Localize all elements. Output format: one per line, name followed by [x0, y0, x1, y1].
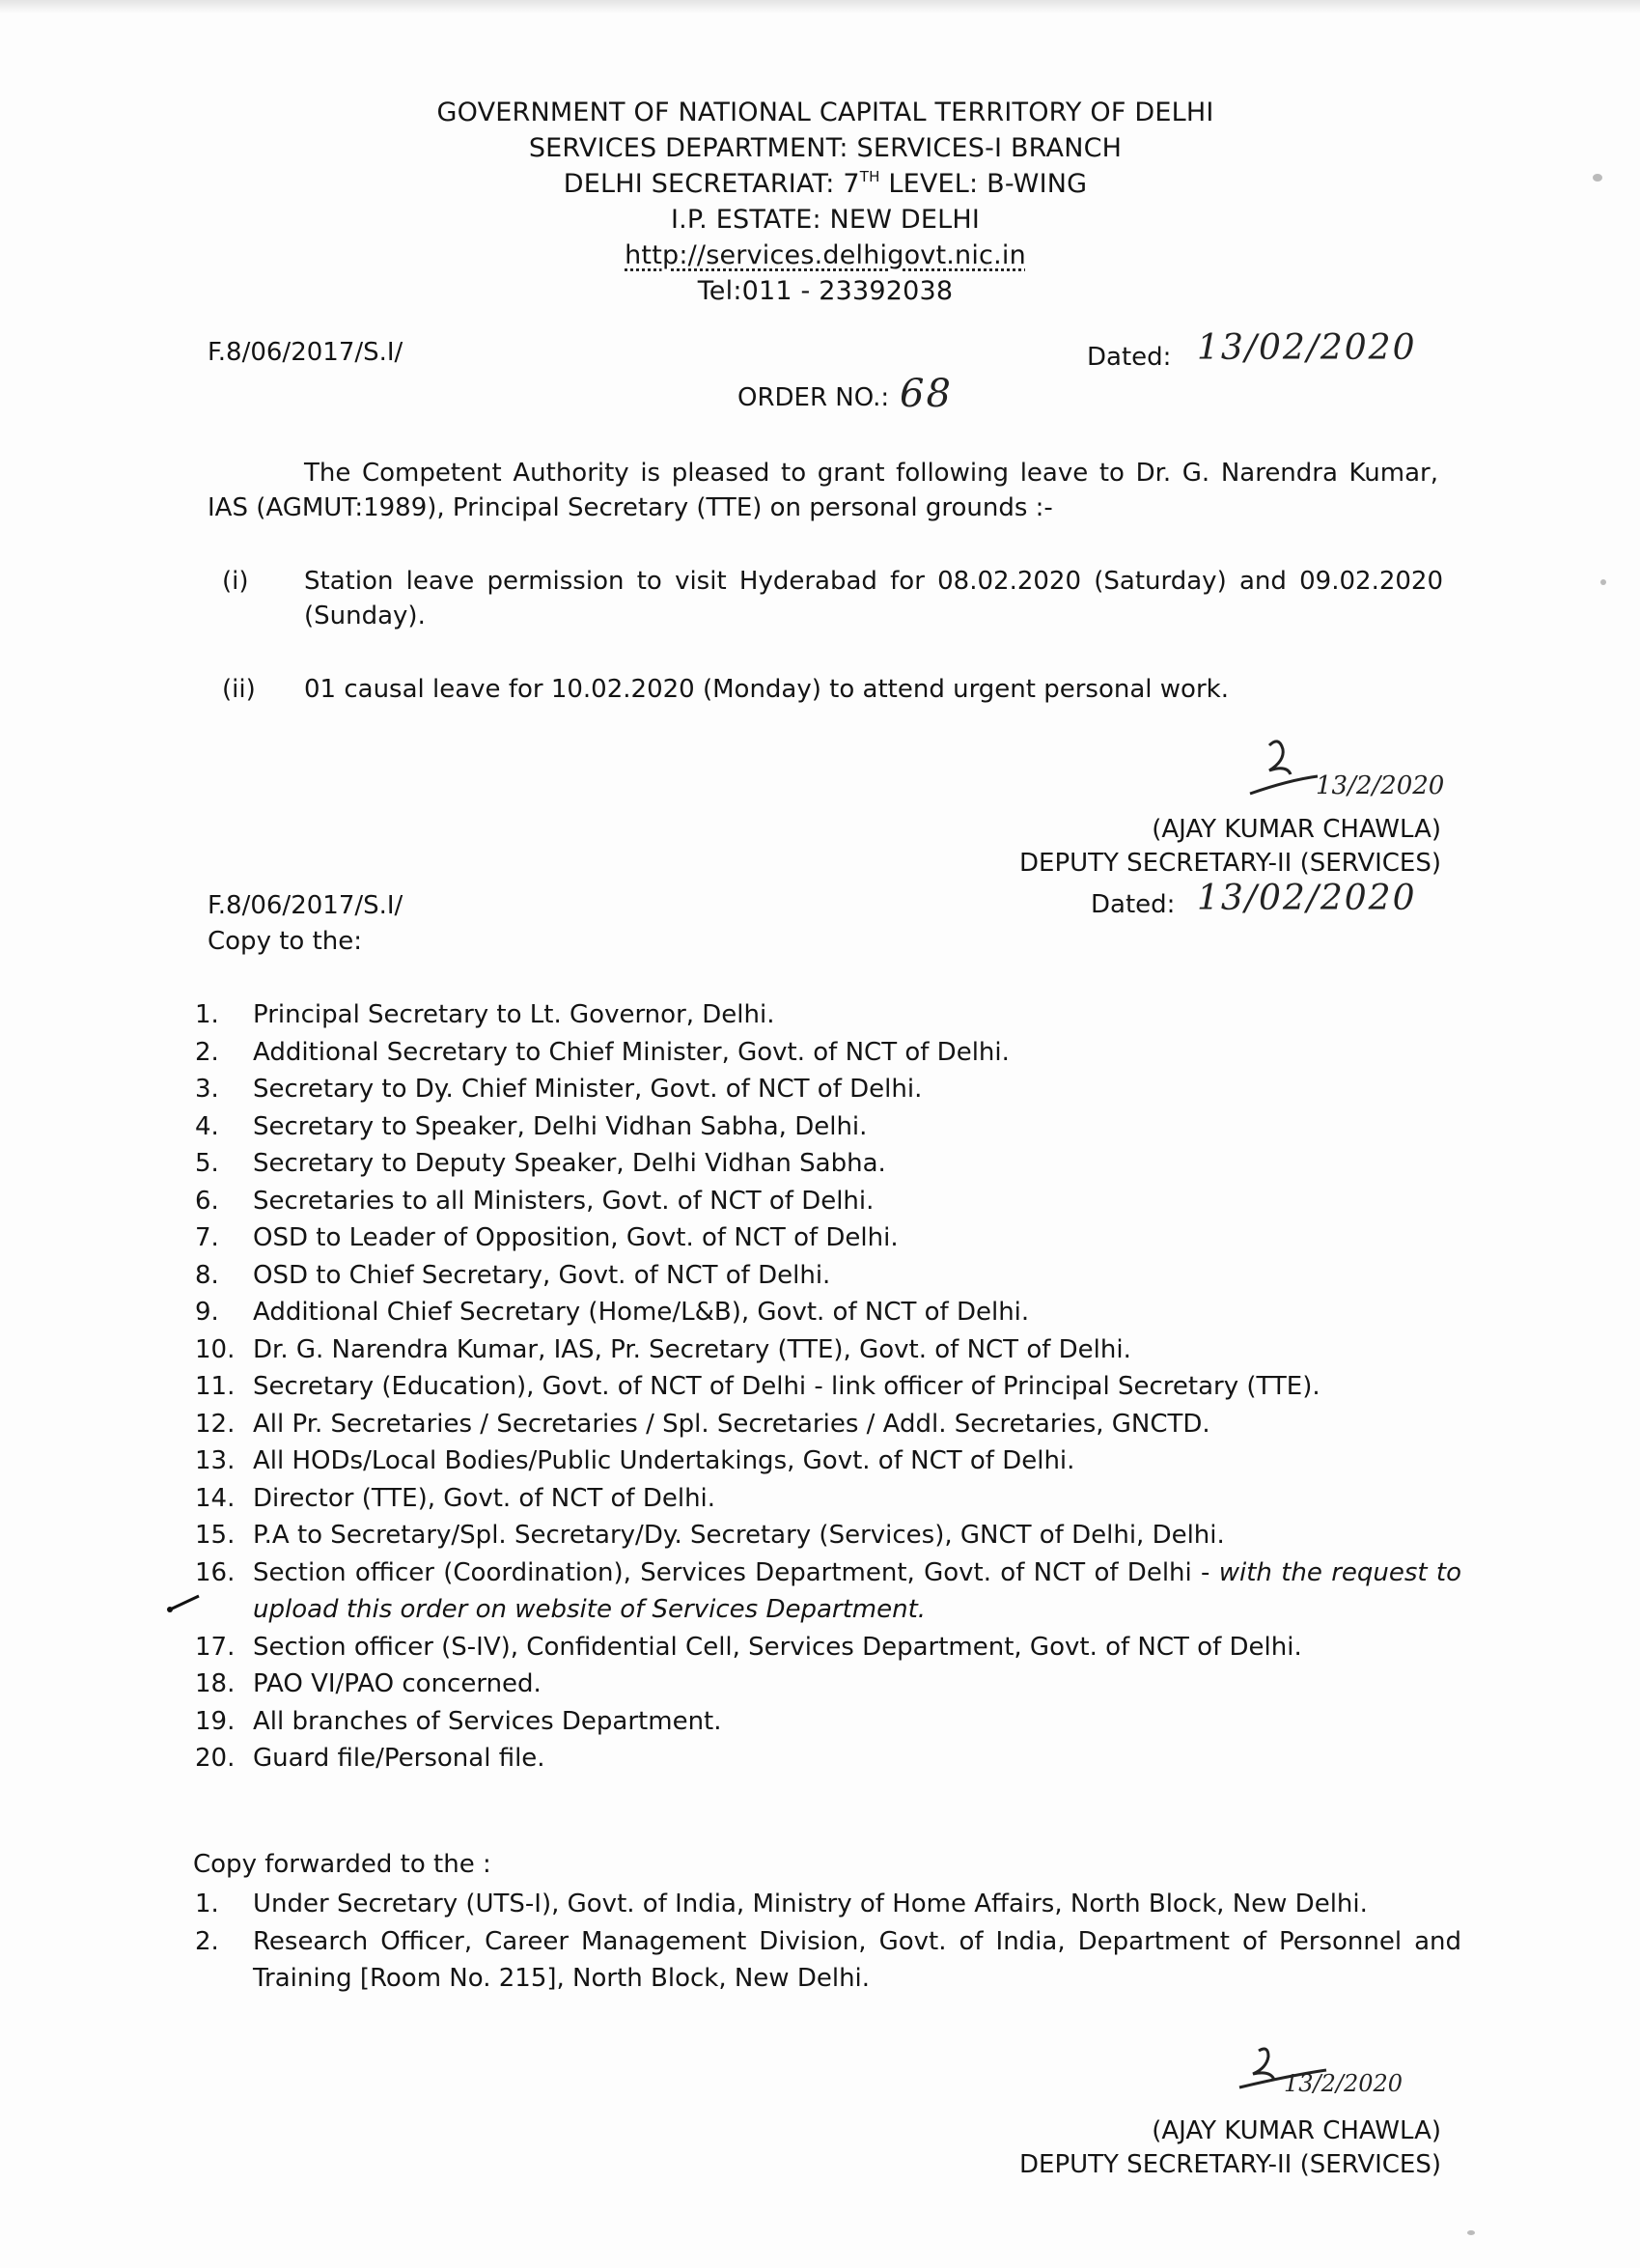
- list-item-text-main: Dr. G. Narendra Kumar, IAS, Pr. Secretar…: [253, 1335, 1131, 1364]
- list-item-text: Secretary to Deputy Speaker, Delhi Vidha…: [253, 1145, 1461, 1183]
- list-item-text: Research Officer, Career Management Divi…: [253, 1923, 1461, 1998]
- list-item-number: 11.: [195, 1368, 253, 1406]
- list-item-text: Under Secretary (UTS-I), Govt. of India,…: [253, 1886, 1461, 1923]
- order-number-label: ORDER NO.:: [737, 383, 889, 412]
- list-item-text: P.A to Secretary/Spl. Secretary/Dy. Secr…: [253, 1517, 1461, 1554]
- list-item-number: 13.: [195, 1442, 253, 1480]
- list-item-text: All Pr. Secretaries / Secretaries / Spl.…: [253, 1406, 1461, 1443]
- superscript: TH: [860, 168, 880, 185]
- list-item: 18.PAO VI/PAO concerned.: [195, 1666, 1461, 1703]
- leave-item-number: (ii): [222, 672, 304, 707]
- list-item-text-main: Principal Secretary to Lt. Governor, Del…: [253, 1000, 775, 1029]
- signatory-name: (AJAY KUMAR CHAWLA): [1019, 2114, 1441, 2148]
- list-item-number: 17.: [195, 1629, 253, 1666]
- list-item: 19.All branches of Services Department.: [195, 1703, 1461, 1741]
- list-item: 12.All Pr. Secretaries / Secretaries / S…: [195, 1406, 1461, 1443]
- dated-value-handwritten: 13/02/2020: [1197, 328, 1417, 368]
- list-item-text: Principal Secretary to Lt. Governor, Del…: [253, 996, 1461, 1034]
- list-item-number: 16.: [195, 1554, 253, 1629]
- list-item: 2.Research Officer, Career Management Di…: [195, 1923, 1461, 1998]
- list-item-number: 1.: [195, 1886, 253, 1923]
- list-item-number: 20.: [195, 1740, 253, 1778]
- list-item: 10.Dr. G. Narendra Kumar, IAS, Pr. Secre…: [195, 1331, 1461, 1369]
- list-item: 8.OSD to Chief Secretary, Govt. of NCT o…: [195, 1257, 1461, 1295]
- order-number-value: 68: [900, 372, 953, 416]
- list-item-number: 15.: [195, 1517, 253, 1554]
- list-item-text: Section officer (Coordination), Services…: [253, 1554, 1461, 1629]
- scan-edge: [0, 0, 1640, 14]
- list-item-text-main: OSD to Leader of Opposition, Govt. of NC…: [253, 1223, 899, 1252]
- leave-item: (i) Station leave permission to visit Hy…: [222, 564, 1443, 633]
- list-item-text-main: OSD to Chief Secretary, Govt. of NCT of …: [253, 1261, 830, 1290]
- list-item-text-main: Guard file/Personal file.: [253, 1744, 545, 1773]
- leave-item-text: 01 causal leave for 10.02.2020 (Monday) …: [304, 672, 1443, 707]
- scan-speck: [1593, 174, 1602, 182]
- list-item-text: Guard file/Personal file.: [253, 1740, 1461, 1778]
- list-item: 15.P.A to Secretary/Spl. Secretary/Dy. S…: [195, 1517, 1461, 1554]
- list-item-text: Dr. G. Narendra Kumar, IAS, Pr. Secretar…: [253, 1331, 1461, 1369]
- scan-speck: [1467, 2230, 1475, 2235]
- list-item-text-main: Director (TTE), Govt. of NCT of Delhi.: [253, 1484, 715, 1513]
- list-item-number: 14.: [195, 1480, 253, 1518]
- letterhead: GOVERNMENT OF NATIONAL CAPITAL TERRITORY…: [367, 95, 1284, 309]
- list-item-number: 8.: [195, 1257, 253, 1295]
- list-item-text: Additional Chief Secretary (Home/L&B), G…: [253, 1294, 1461, 1331]
- list-item-number: 19.: [195, 1703, 253, 1741]
- list-item-text-main: Additional Secretary to Chief Minister, …: [253, 1038, 1010, 1067]
- telephone: Tel:011 - 23392038: [367, 273, 1284, 309]
- list-item: 17.Section officer (S-IV), Confidential …: [195, 1629, 1461, 1666]
- list-item: 14.Director (TTE), Govt. of NCT of Delhi…: [195, 1480, 1461, 1518]
- list-item-text-main: Research Officer, Career Management Divi…: [253, 1927, 1461, 1994]
- list-item-text-main: Section officer (Coordination), Services…: [253, 1558, 1219, 1587]
- letterhead-address-1: DELHI SECRETARIAT: 7TH LEVEL: B-WING: [367, 166, 1284, 202]
- list-item-text-main: All HODs/Local Bodies/Public Undertaking…: [253, 1446, 1074, 1475]
- list-item-text-main: Secretaries to all Ministers, Govt. of N…: [253, 1187, 874, 1216]
- list-item-text-main: Secretary to Speaker, Delhi Vidhan Sabha…: [253, 1112, 867, 1141]
- list-item: 4.Secretary to Speaker, Delhi Vidhan Sab…: [195, 1108, 1461, 1146]
- list-item: 1.Principal Secretary to Lt. Governor, D…: [195, 996, 1461, 1034]
- list-item: 5.Secretary to Deputy Speaker, Delhi Vid…: [195, 1145, 1461, 1183]
- list-item-text-main: Section officer (S-IV), Confidential Cel…: [253, 1633, 1302, 1662]
- list-item-text-main: Secretary to Dy. Chief Minister, Govt. o…: [253, 1075, 922, 1104]
- list-item-number: 5.: [195, 1145, 253, 1183]
- list-item-number: 2.: [195, 1923, 253, 1998]
- list-item-text: Additional Secretary to Chief Minister, …: [253, 1034, 1461, 1072]
- signature-scribble-icon: 13/2/2020: [1226, 2045, 1477, 2113]
- list-item-text: OSD to Chief Secretary, Govt. of NCT of …: [253, 1257, 1461, 1295]
- copy-dated-label: Dated:: [1091, 890, 1175, 919]
- list-item-text: Section officer (S-IV), Confidential Cel…: [253, 1629, 1461, 1666]
- list-item-text: Secretary (Education), Govt. of NCT of D…: [253, 1368, 1461, 1406]
- list-item-number: 12.: [195, 1406, 253, 1443]
- list-item: 1.Under Secretary (UTS-I), Govt. of Indi…: [195, 1886, 1461, 1923]
- letterhead-department: SERVICES DEPARTMENT: SERVICES-I BRANCH: [367, 130, 1284, 166]
- list-item-text-main: Under Secretary (UTS-I), Govt. of India,…: [253, 1890, 1368, 1918]
- copy-to-title: Copy to the:: [208, 927, 362, 956]
- leave-item: (ii) 01 causal leave for 10.02.2020 (Mon…: [222, 672, 1443, 707]
- list-item: 9.Additional Chief Secretary (Home/L&B),…: [195, 1294, 1461, 1331]
- svg-text:13/2/2020: 13/2/2020: [1316, 771, 1444, 800]
- signatory-name: (AJAY KUMAR CHAWLA): [1019, 813, 1441, 847]
- list-item-number: 2.: [195, 1034, 253, 1072]
- list-item-text-main: P.A to Secretary/Spl. Secretary/Dy. Secr…: [253, 1521, 1225, 1550]
- address-text: DELHI SECRETARIAT: 7: [564, 169, 860, 199]
- list-item: 11.Secretary (Education), Govt. of NCT o…: [195, 1368, 1461, 1406]
- list-item: 13.All HODs/Local Bodies/Public Undertak…: [195, 1442, 1461, 1480]
- file-number: F.8/06/2017/S.I/: [208, 338, 403, 367]
- signature-block: (AJAY KUMAR CHAWLA) DEPUTY SECRETARY-II …: [1019, 813, 1441, 881]
- list-item: 2.Additional Secretary to Chief Minister…: [195, 1034, 1461, 1072]
- list-item-number: 1.: [195, 996, 253, 1034]
- list-item: 3.Secretary to Dy. Chief Minister, Govt.…: [195, 1071, 1461, 1108]
- signatory-designation: DEPUTY SECRETARY-II (SERVICES): [1019, 2148, 1441, 2182]
- list-item-number: 18.: [195, 1666, 253, 1703]
- signature-block: (AJAY KUMAR CHAWLA) DEPUTY SECRETARY-II …: [1019, 2114, 1441, 2182]
- letterhead-address-2: I.P. ESTATE: NEW DELHI: [367, 202, 1284, 238]
- list-item-number: 4.: [195, 1108, 253, 1146]
- list-item-text: PAO VI/PAO concerned.: [253, 1666, 1461, 1703]
- list-item-number: 9.: [195, 1294, 253, 1331]
- website-link[interactable]: http://services.delhigovt.nic.in: [625, 240, 1026, 270]
- list-item-number: 10.: [195, 1331, 253, 1369]
- list-item-text: Secretaries to all Ministers, Govt. of N…: [253, 1183, 1461, 1220]
- list-item-text: Secretary to Dy. Chief Minister, Govt. o…: [253, 1071, 1461, 1108]
- address-text: LEVEL: B-WING: [880, 169, 1088, 199]
- dated-label: Dated:: [1087, 343, 1171, 372]
- copy-to-list: 1.Principal Secretary to Lt. Governor, D…: [195, 996, 1461, 1778]
- list-item: 20.Guard file/Personal file.: [195, 1740, 1461, 1778]
- leave-item-number: (i): [222, 564, 304, 633]
- list-item-text: Director (TTE), Govt. of NCT of Delhi.: [253, 1480, 1461, 1518]
- signature-scribble-icon: 13/2/2020: [1231, 734, 1472, 811]
- svg-text:13/2/2020: 13/2/2020: [1284, 2070, 1403, 2097]
- list-item: 7.OSD to Leader of Opposition, Govt. of …: [195, 1219, 1461, 1257]
- scan-speck: [1600, 579, 1606, 585]
- list-item: 6.Secretaries to all Ministers, Govt. of…: [195, 1183, 1461, 1220]
- list-item-number: 6.: [195, 1183, 253, 1220]
- forwarded-title: Copy forwarded to the :: [193, 1850, 491, 1879]
- list-item-text-main: Secretary to Deputy Speaker, Delhi Vidha…: [253, 1149, 886, 1178]
- list-item-text: OSD to Leader of Opposition, Govt. of NC…: [253, 1219, 1461, 1257]
- list-item-number: 7.: [195, 1219, 253, 1257]
- list-item-text-main: All Pr. Secretaries / Secretaries / Spl.…: [253, 1410, 1210, 1439]
- leave-item-text: Station leave permission to visit Hydera…: [304, 564, 1443, 633]
- list-item-text: All HODs/Local Bodies/Public Undertaking…: [253, 1442, 1461, 1480]
- letterhead-government: GOVERNMENT OF NATIONAL CAPITAL TERRITORY…: [367, 95, 1284, 130]
- list-item-number: 3.: [195, 1071, 253, 1108]
- signatory-designation: DEPUTY SECRETARY-II (SERVICES): [1019, 847, 1441, 881]
- copy-file-number: F.8/06/2017/S.I/: [208, 891, 403, 920]
- list-item-text-main: All branches of Services Department.: [253, 1707, 722, 1736]
- copy-dated-value-handwritten: 13/02/2020: [1197, 879, 1417, 918]
- list-item: 16.Section officer (Coordination), Servi…: [195, 1554, 1461, 1629]
- list-item-text: All branches of Services Department.: [253, 1703, 1461, 1741]
- list-item-text-main: PAO VI/PAO concerned.: [253, 1669, 542, 1698]
- list-item-text: Secretary to Speaker, Delhi Vidhan Sabha…: [253, 1108, 1461, 1146]
- order-body: The Competent Authority is pleased to gr…: [208, 456, 1438, 525]
- scanned-document-page: GOVERNMENT OF NATIONAL CAPITAL TERRITORY…: [0, 0, 1640, 2268]
- list-item-text-main: Secretary (Education), Govt. of NCT of D…: [253, 1372, 1320, 1401]
- list-item-text-main: Additional Chief Secretary (Home/L&B), G…: [253, 1298, 1029, 1327]
- forwarded-list: 1.Under Secretary (UTS-I), Govt. of Indi…: [195, 1886, 1461, 1998]
- checkmark-tick-icon: [166, 1593, 201, 1614]
